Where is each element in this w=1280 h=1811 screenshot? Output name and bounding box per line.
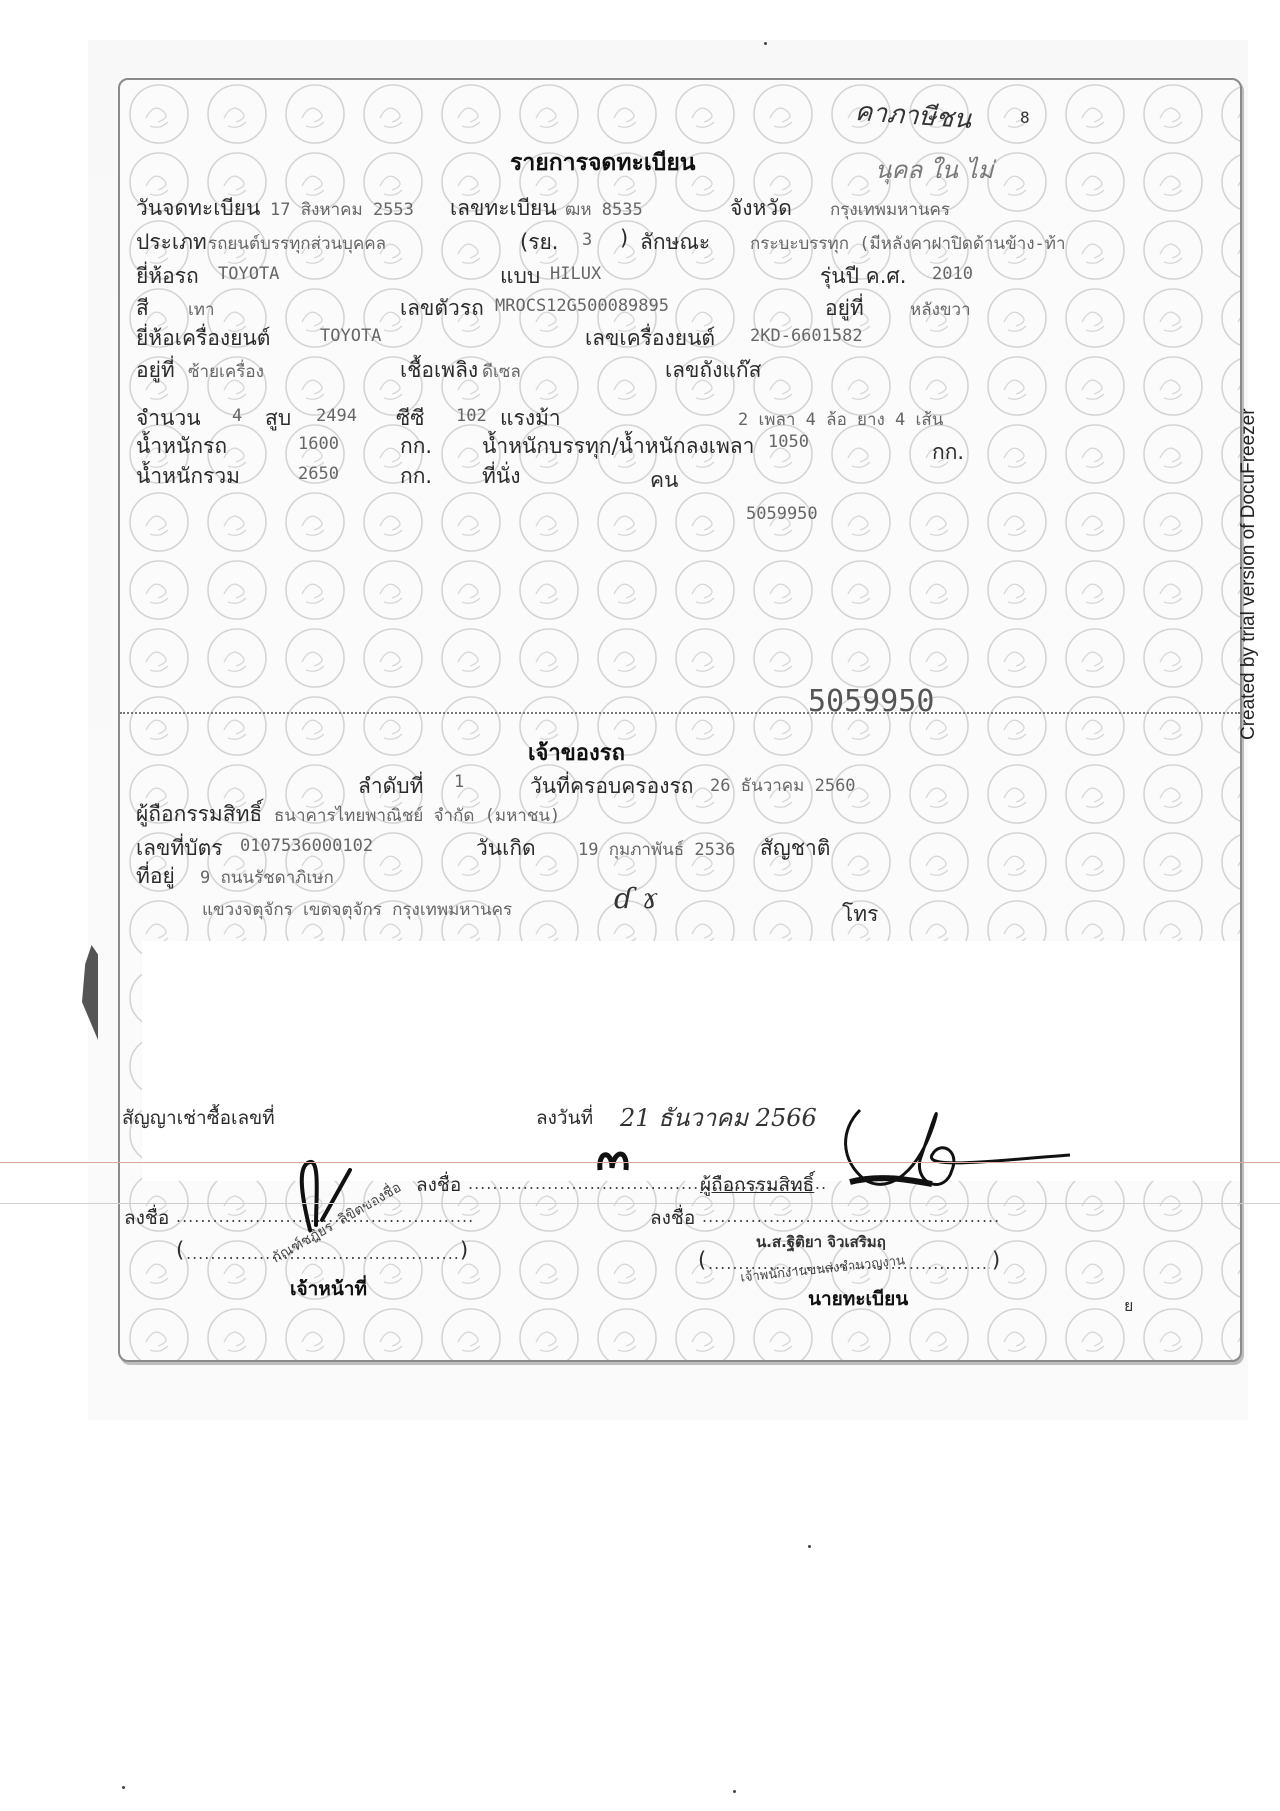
address-line-1: 9 ถนนรัชดาภิเษก bbox=[200, 864, 334, 891]
type-label: ประเภท bbox=[136, 226, 207, 259]
officer-role: เจ้าหน้าที่ bbox=[290, 1274, 367, 1304]
gross-weight: 2650 bbox=[298, 464, 339, 484]
docufreezer-watermark: Created by trial version of DocuFreezer bbox=[1238, 408, 1260, 740]
registrar-paren-open: ( bbox=[698, 1248, 706, 1272]
address-label: ที่อยู่ bbox=[136, 860, 175, 893]
fuel: ดีเซล bbox=[482, 358, 521, 385]
axles: 2 เพลา 4 ล้อ ยาง 4 เส้น bbox=[738, 406, 943, 433]
vin-location: หลังขวา bbox=[910, 296, 971, 323]
model: HILUX bbox=[550, 264, 601, 284]
id-number: 0107536000102 bbox=[240, 836, 373, 856]
weight-unit: กก. bbox=[400, 430, 432, 463]
cylinders: 4 bbox=[232, 406, 242, 426]
owner-title: เจ้าของรถ bbox=[528, 735, 625, 770]
weight-label: น้ำหนักรถ bbox=[136, 430, 227, 463]
make: TOYOTA bbox=[218, 264, 279, 284]
initials-scribble: ɗ ɤ bbox=[614, 882, 658, 915]
engine-no: 2KD-6601582 bbox=[750, 326, 863, 346]
nationality-label: สัญชาติ bbox=[760, 832, 830, 865]
scan-speck bbox=[808, 1545, 811, 1548]
possession-date-label: วันที่ครอบครองรถ bbox=[530, 770, 693, 803]
phone-label: โทร bbox=[842, 898, 878, 931]
load: 1050 bbox=[768, 432, 809, 452]
perforation-line bbox=[120, 712, 1240, 714]
year: 2010 bbox=[932, 264, 973, 284]
engine-make: TOYOTA bbox=[320, 326, 381, 346]
engine-make-label: ยี่ห้อเครื่องยนต์ bbox=[136, 322, 270, 355]
holder-sign-label: ลงชื่อ bbox=[416, 1170, 461, 1200]
engine-location-label: อยู่ที่ bbox=[136, 354, 175, 387]
registrar-paren-close: ) bbox=[992, 1248, 1000, 1272]
registrar-name: น.ส.ฐิติยา จิวเสริมฤ bbox=[756, 1230, 886, 1254]
seats-unit: คน bbox=[650, 464, 678, 497]
seats-label: ที่นั่ง bbox=[482, 460, 520, 493]
engine-location: ซ้ายเครื่อง bbox=[188, 358, 264, 385]
reg-date: 17 สิงหาคม 2553 bbox=[270, 196, 414, 223]
engine-no-label: เลขเครื่องยนต์ bbox=[585, 322, 715, 355]
registrar-sign-label: ลงชื่อ bbox=[650, 1203, 695, 1233]
scan-speck bbox=[122, 1786, 125, 1789]
ry-close: ) bbox=[620, 226, 628, 250]
officer-sign-label: ลงชื่อ bbox=[124, 1203, 169, 1233]
date-initial-scribble bbox=[590, 1130, 650, 1190]
birth-date: 19 กุมภาพันธ์ 2536 bbox=[578, 836, 735, 863]
serial-number-large: 5059950 bbox=[808, 684, 934, 719]
possession-date: 26 ธันวาคม 2560 bbox=[710, 772, 856, 799]
registration-document: 8 คาภาษีชน นุคล ใน ไม่ รายการจดทะเบียน ว… bbox=[118, 78, 1242, 1362]
color-label: สี bbox=[136, 292, 149, 325]
vin-label: เลขตัวรถ bbox=[400, 292, 484, 325]
make-label: ยี่ห้อรถ bbox=[136, 260, 199, 293]
year-label: รุ่นปี ค.ศ. bbox=[820, 260, 906, 293]
gross-weight-label: น้ำหนักรวม bbox=[136, 460, 240, 493]
handwritten-note-2: นุคล ใน ไม่ bbox=[875, 150, 993, 189]
weight: 1600 bbox=[298, 434, 339, 454]
holder: ธนาคารไทยพาณิชย์ จำกัด (มหาชน) bbox=[274, 802, 560, 829]
scan-line-grey bbox=[0, 1203, 1280, 1204]
holder-role: ผู้ถือกรรมสิทธิ์ bbox=[700, 1170, 814, 1200]
order: 1 bbox=[454, 772, 464, 792]
load-unit: กก. bbox=[932, 436, 964, 469]
holder-label: ผู้ถือกรรมสิทธิ์ bbox=[136, 798, 262, 831]
ry: 3 bbox=[582, 230, 592, 250]
officer-paren-open: ( bbox=[176, 1238, 184, 1262]
registrar-role: นายทะเบียน bbox=[808, 1284, 908, 1314]
scan-line-red bbox=[0, 1162, 1280, 1163]
contract-label: สัญญาเช่าซื้อเลขที่ bbox=[122, 1103, 275, 1133]
address-line-2: แขวงจตุจักร เขตจตุจักร กรุงเทพมหานคร bbox=[202, 896, 512, 923]
sign-date-label: ลงวันที่ bbox=[536, 1103, 593, 1133]
cc: 2494 bbox=[316, 406, 357, 426]
province-label: จังหวัด bbox=[730, 192, 792, 225]
ry-label: (รย. bbox=[520, 226, 558, 259]
load-label: น้ำหนักบรรทุก/น้ำหนักลงเพลา bbox=[482, 430, 754, 463]
gross-weight-unit: กก. bbox=[400, 460, 432, 493]
officer-name-line: ........................................… bbox=[186, 1244, 458, 1263]
style: กระบะบรรทุก (มีหลังคาฝาปิดด้านข้าง-ท้า bbox=[750, 230, 1066, 257]
registration-title: รายการจดทะเบียน bbox=[510, 145, 696, 181]
type: รถยนต์บรรทุกส่วนบุคคล bbox=[208, 230, 386, 257]
serial-number-small: 5059950 bbox=[746, 504, 818, 524]
page-mark-top: 8 bbox=[1020, 108, 1030, 127]
province: กรุงเทพมหานคร bbox=[830, 196, 950, 223]
scan-speck bbox=[764, 42, 767, 45]
cylinders-unit: สูบ bbox=[265, 402, 291, 435]
fuel-label: เชื้อเพลิง bbox=[400, 354, 478, 387]
color: เทา bbox=[188, 296, 215, 323]
order-label: ลำดับที่ bbox=[358, 770, 423, 803]
officer-signature bbox=[270, 1140, 390, 1240]
model-label: แบบ bbox=[500, 260, 540, 293]
horsepower: 102 bbox=[456, 406, 487, 426]
officer-paren-close: ) bbox=[460, 1238, 468, 1262]
style-label: ลักษณะ bbox=[640, 226, 710, 259]
plate: ฒห 8535 bbox=[565, 196, 643, 223]
vin: MROCS12G500089895 bbox=[495, 296, 669, 316]
scan-speck bbox=[733, 1790, 736, 1793]
handwritten-note-1: คาภาษีชน bbox=[854, 91, 973, 140]
plate-label: เลขทะเบียน bbox=[450, 192, 557, 225]
holder-signature bbox=[820, 1100, 1080, 1220]
reg-date-label: วันจดทะเบียน bbox=[136, 192, 260, 225]
gas-tank-label: เลขถังแก๊ส bbox=[665, 354, 761, 387]
vin-location-label: อยู่ที่ bbox=[825, 292, 864, 325]
page-mark-bottom: ย bbox=[1124, 1294, 1133, 1319]
birth-label: วันเกิด bbox=[476, 832, 536, 865]
